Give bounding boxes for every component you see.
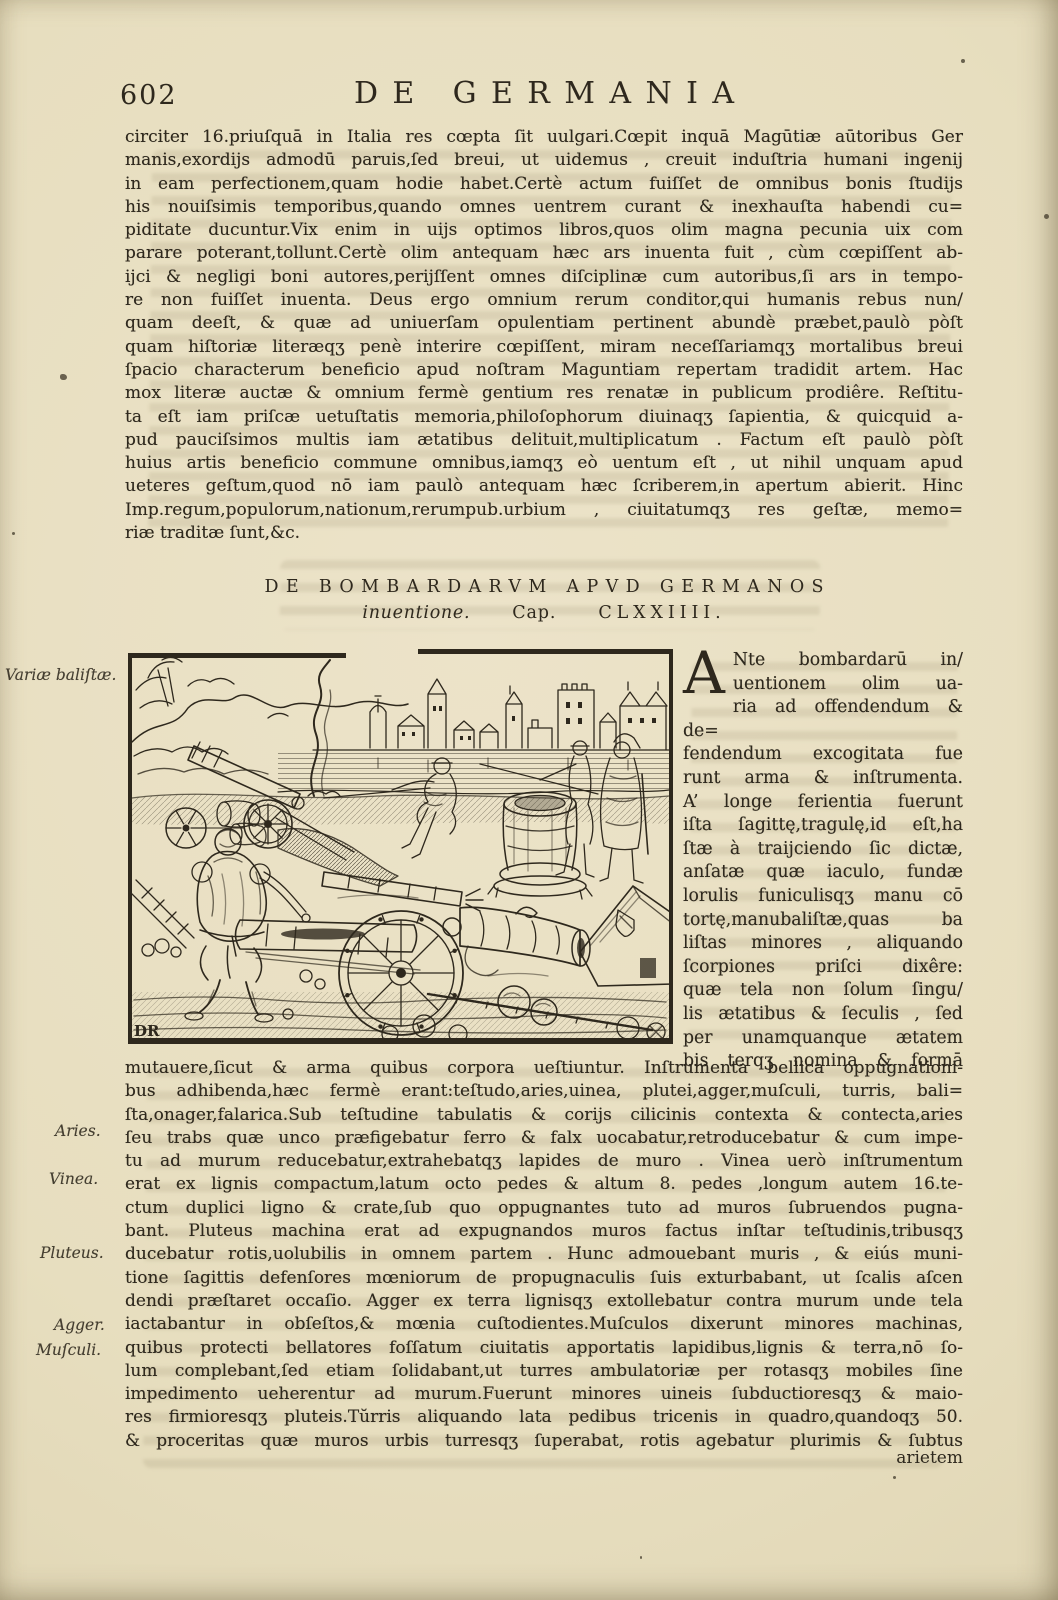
- text-line: mutauere,ſicut & arma quibus corpora ueſ…: [125, 1057, 963, 1080]
- chapter-title: DE BOMBARDARVM APVD GERMANOS: [125, 577, 963, 597]
- text-line: quam deeſt, & quæ ad uniuerſam opulentia…: [125, 312, 963, 335]
- text-line: lorulis funiculisqʒ manu cō: [683, 885, 963, 909]
- text-line: iſta ſagittę,tragulę,id eſt,ha: [683, 814, 963, 838]
- text-line: quibus protecti bellatores foſſatum ciui…: [125, 1337, 963, 1360]
- text-line: bant. Pluteus machina erat ad expugnando…: [125, 1220, 963, 1243]
- text-line: tortę,manubaliſtæ,quas ba: [683, 909, 963, 933]
- text-line: liſtas minores , aliquando: [683, 932, 963, 956]
- text-line: quæ tela non ſolum ſingu/: [683, 979, 963, 1003]
- text-line: manis,exordijs admodū paruis,ſed breui, …: [125, 149, 963, 172]
- text-line: mox literæ auctæ & omnium fermè gentium …: [125, 382, 963, 405]
- text-line: ſtæ à traijciendo ſic dictæ,: [683, 838, 963, 862]
- text-line: riæ traditæ ſunt,&c.: [125, 522, 963, 545]
- book-page: 602 DE GERMANIA circiter 16.priuſquā in …: [0, 0, 1058, 1600]
- text-line: fendendum excogitata fue: [683, 743, 963, 767]
- catchword: arietem: [125, 1448, 963, 1468]
- text-line: dendi præſtaret occaſio. Agger ex terra …: [125, 1290, 963, 1313]
- ink-speck: [640, 1556, 642, 1559]
- text-line: tu ad murum reducebatur,extrahebatqʒ lap…: [125, 1150, 963, 1173]
- ink-speck: [893, 1476, 896, 1479]
- text-line: ſeu trabs quæ unco præfigebatur ferro & …: [125, 1127, 963, 1150]
- intro-paragraph: circiter 16.priuſquā in Italia res cœpta…: [125, 126, 963, 545]
- text-line: ſcorpiones priſci dixêre:: [683, 956, 963, 980]
- text-line: ducebatur rotis,uolubilis in omnem parte…: [125, 1243, 963, 1266]
- chapter-label: Cap.: [512, 603, 556, 623]
- text-line: ijci & negligi boni autores,perijſſent o…: [125, 266, 963, 289]
- column-paragraph: A Nte bombardarū in/uentionem olim ua-ri…: [683, 649, 963, 1074]
- artist-monogram: DR: [134, 1022, 160, 1040]
- text-line: piditate ducuntur.Vix enim in uijs optim…: [125, 219, 963, 242]
- text-line: lum complebant,ſed etiam ſolidabant,ut t…: [125, 1360, 963, 1383]
- drop-cap: A: [683, 649, 733, 697]
- woodcut-illustration: DR: [128, 646, 673, 1048]
- text-line: circiter 16.priuſquā in Italia res cœpta…: [125, 126, 963, 149]
- margin-note-musculi: Muſculi.: [36, 1341, 101, 1359]
- text-line: ta eſt iam priſcæ uetuſtatis memoria,phi…: [125, 406, 963, 429]
- text-line: ueteres geſtum,quod nō iam paulò antequa…: [125, 475, 963, 498]
- text-line: bus adhibenda,hæc fermè erant:teſtudo,ar…: [125, 1080, 963, 1103]
- chapter-subtitle: inuentione.: [362, 603, 470, 623]
- chapter-heading: DE BOMBARDARVM APVD GERMANOS inuentione.…: [125, 577, 963, 623]
- text-line: quam hiſtoriæ literæqʒ penè interire cœp…: [125, 336, 963, 359]
- text-line: ctum duplici ligno & crate,ſub quo oppug…: [125, 1197, 963, 1220]
- text-line: parare poterant,tollunt.Certè olim anteq…: [125, 242, 963, 265]
- column-lines: Nte bombardarū in/uentionem olim ua-ria …: [683, 649, 963, 1074]
- text-line: huius artis beneficio commune omnibus,ia…: [125, 452, 963, 475]
- margin-note-aries: Aries.: [55, 1122, 101, 1140]
- text-line: ria ad offendendum & de=: [683, 696, 963, 743]
- text-line: Imp.regum,populorum,nationum,rerumpub.ur…: [125, 499, 963, 522]
- text-line: pud pauciſsimos multis iam ætatibus deli…: [125, 429, 963, 452]
- margin-note-agger: Agger.: [54, 1316, 105, 1334]
- text-line: tione ſagittis defenſores mœniorum de pr…: [125, 1267, 963, 1290]
- text-line: runt arma & inſtrumenta.: [683, 767, 963, 791]
- text-line: ſpacio characterum beneficio apud noſtra…: [125, 359, 963, 382]
- text-line: re non fuiſſet inuenta. Deus ergo omnium…: [125, 289, 963, 312]
- text-line: iactabantur in obſeſtos,& mœnia cuſtodie…: [125, 1313, 963, 1336]
- ink-speck: [12, 532, 15, 535]
- margin-note-pluteus: Pluteus.: [40, 1244, 104, 1262]
- ink-speck: [1044, 214, 1049, 219]
- chapter-number: CLXXIIII.: [598, 603, 725, 623]
- ink-speck: [961, 59, 965, 63]
- margin-note-variae-balistae: Variæ baliſtæ.: [5, 666, 116, 684]
- margin-note-vinea: Vinea.: [49, 1170, 98, 1188]
- text-line: anſatæ quæ iaculo, fundæ: [683, 861, 963, 885]
- text-line: res firmioresqʒ pluteis.Tŭrris aliquando…: [125, 1406, 963, 1429]
- text-line: his nouiſsimis temporibus,quando omnes u…: [125, 196, 963, 219]
- text-line: impedimento ueherentur ad murum.Fuerunt …: [125, 1383, 963, 1406]
- running-title: DE GERMANIA: [125, 76, 963, 111]
- ink-speck: [60, 374, 67, 380]
- text-line: in eam perfectionem,quam hodie habet.Cer…: [125, 173, 963, 196]
- text-line: A’ longe ferientia fuerunt: [683, 791, 963, 815]
- body-paragraph: mutauere,ſicut & arma quibus corpora ueſ…: [125, 1057, 963, 1453]
- text-line: erat ex lignis compactum,latum octo pede…: [125, 1173, 963, 1196]
- text-line: per unamquanque ætatem: [683, 1027, 963, 1051]
- text-line: lis ætatibus & ſeculis , ſed: [683, 1003, 963, 1027]
- text-line: ſta,onager,falarica.Sub teſtudine tabula…: [125, 1104, 963, 1127]
